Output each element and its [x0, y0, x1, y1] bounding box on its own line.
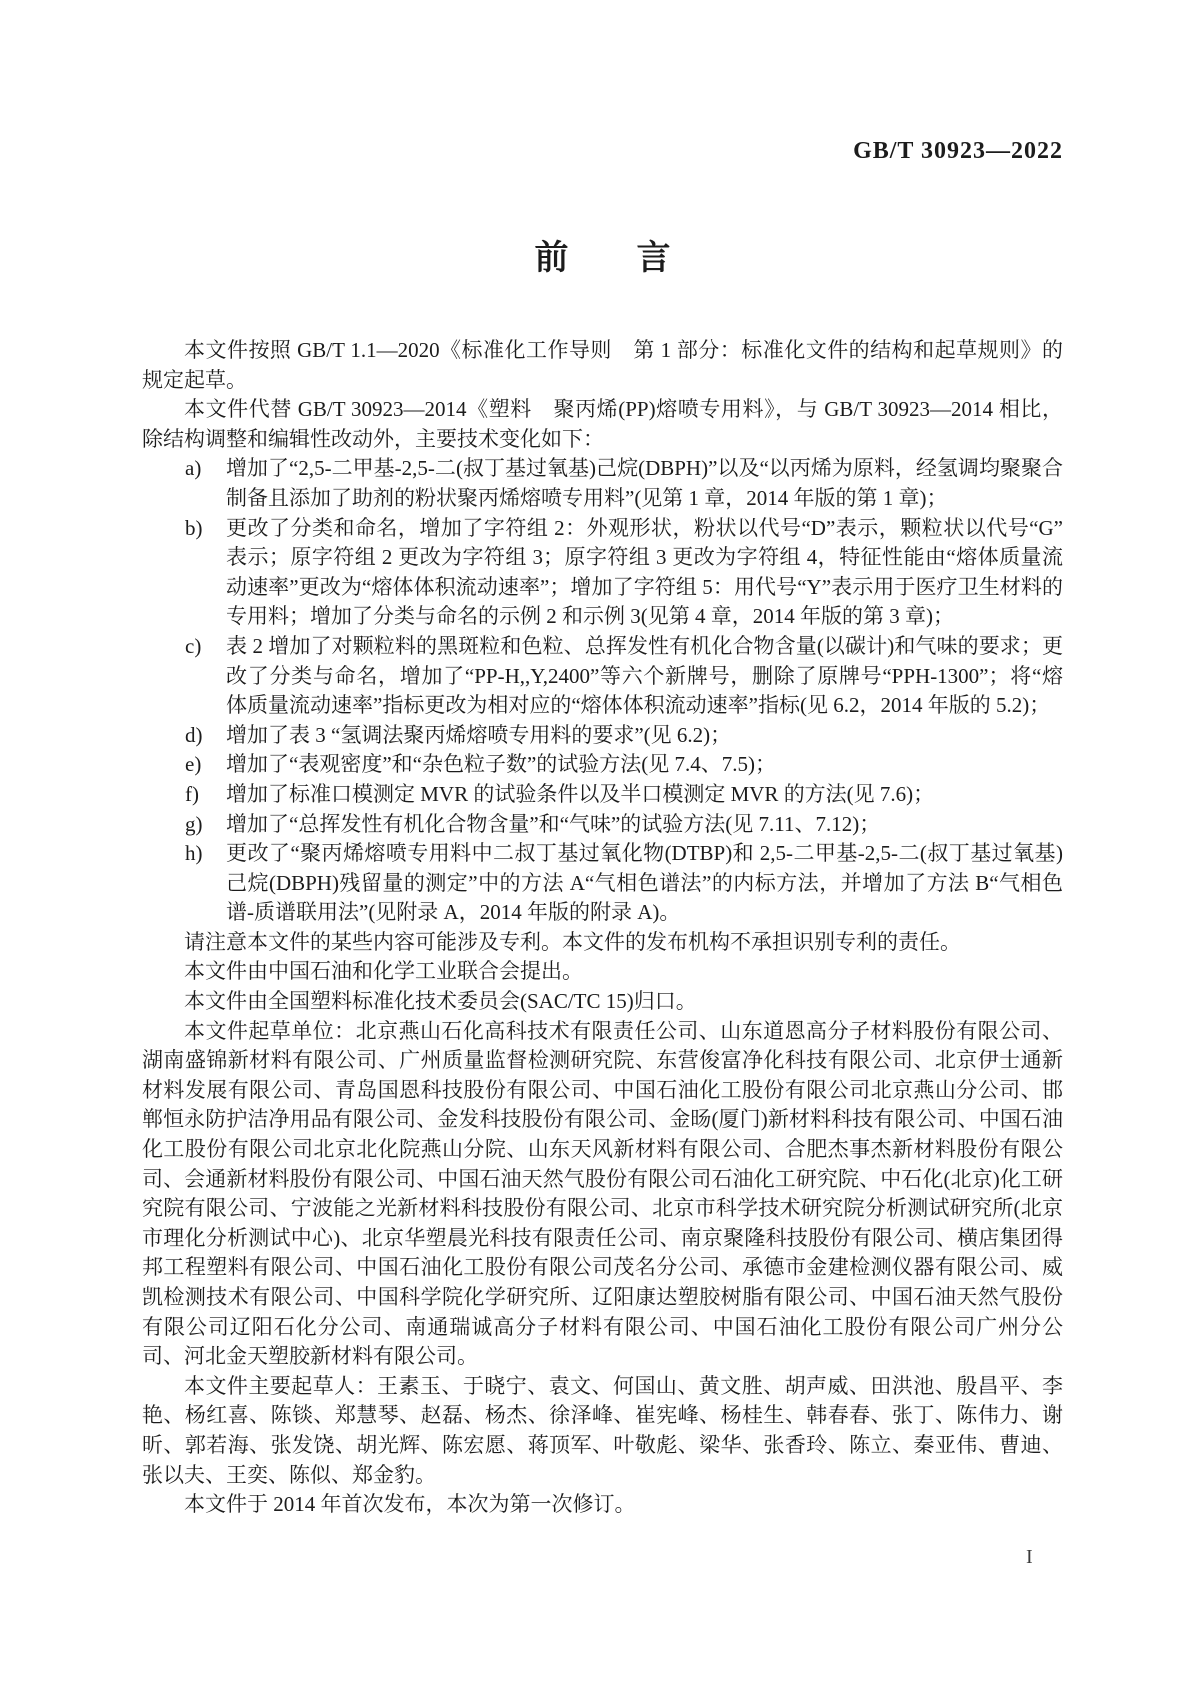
change-item-a-marker: a)	[185, 454, 226, 513]
foreword-title: 前 言	[142, 240, 1063, 276]
paragraph-centralized-by: 本文件由全国塑料标准化技术委员会(SAC/TC 15)归口。	[142, 987, 1063, 1017]
change-item-d-text: 增加了表 3 “氢调法聚丙烯熔喷专用料的要求”(见 6.2)；	[226, 721, 1063, 751]
change-item-h-marker: h)	[185, 839, 226, 928]
foreword-title-char-2: 言	[637, 240, 671, 276]
paragraph-drafting-basis: 本文件按照 GB/T 1.1—2020《标准化工作导则 第 1 部分：标准化文件…	[142, 336, 1063, 395]
change-item-b-text: 更改了分类和命名，增加了字符组 2：外观形状，粉状以代号“D”表示，颗粒状以代号…	[226, 514, 1063, 632]
paragraph-proposed-by: 本文件由中国石油和化学工业联合会提出。	[142, 957, 1063, 987]
change-item-g: g) 增加了“总挥发性有机化合物含量”和“气味”的试验方法(见 7.11、7.1…	[142, 810, 1063, 840]
paragraph-patent-notice: 请注意本文件的某些内容可能涉及专利。本文件的发布机构不承担识别专利的责任。	[142, 928, 1063, 958]
change-item-h-text: 更改了“聚丙烯熔喷专用料中二叔丁基过氧化物(DTBP)和 2,5-二甲基-2,5…	[226, 839, 1063, 928]
paragraph-replacement-notice: 本文件代替 GB/T 30923—2014《塑料 聚丙烯(PP)熔喷专用料》，与…	[142, 395, 1063, 454]
change-item-c-text: 表 2 增加了对颗粒料的黑斑粒和色粒、总挥发性有机化合物含量(以碳计)和气味的要…	[226, 632, 1063, 721]
change-item-c-marker: c)	[185, 632, 226, 721]
change-item-d-marker: d)	[185, 721, 226, 751]
change-item-f-text: 增加了标准口模测定 MVR 的试验条件以及半口模测定 MVR 的方法(见 7.6…	[226, 780, 1063, 810]
change-item-b-marker: b)	[185, 514, 226, 632]
change-item-a-text: 增加了“2,5-二甲基-2,5-二(叔丁基过氧基)己烷(DBPH)”以及“以丙烯…	[226, 454, 1063, 513]
change-item-a: a) 增加了“2,5-二甲基-2,5-二(叔丁基过氧基)己烷(DBPH)”以及“…	[142, 454, 1063, 513]
change-item-e-text: 增加了“表观密度”和“杂色粒子数”的试验方法(见 7.4、7.5)；	[226, 750, 1063, 780]
change-item-f-marker: f)	[185, 780, 226, 810]
document-code: GB/T 30923—2022	[853, 138, 1063, 165]
page-number: I	[1026, 1546, 1033, 1569]
standard-document-page: GB/T 30923—2022 前 言 本文件按照 GB/T 1.1—2020《…	[0, 0, 1191, 1684]
foreword-body: 本文件按照 GB/T 1.1—2020《标准化工作导则 第 1 部分：标准化文件…	[142, 336, 1063, 1520]
change-item-c: c) 表 2 增加了对颗粒料的黑斑粒和色粒、总挥发性有机化合物含量(以碳计)和气…	[142, 632, 1063, 721]
paragraph-main-drafters: 本文件主要起草人：王素玉、于晓宁、袁文、何国山、黄文胜、胡声威、田洪池、殷昌平、…	[142, 1372, 1063, 1490]
paragraph-revision-history: 本文件于 2014 年首次发布，本次为第一次修订。	[142, 1490, 1063, 1520]
foreword-title-char-1: 前	[535, 240, 569, 276]
change-item-g-text: 增加了“总挥发性有机化合物含量”和“气味”的试验方法(见 7.11、7.12)；	[226, 810, 1063, 840]
change-item-h: h) 更改了“聚丙烯熔喷专用料中二叔丁基过氧化物(DTBP)和 2,5-二甲基-…	[142, 839, 1063, 928]
paragraph-drafting-organizations: 本文件起草单位：北京燕山石化高科技术有限责任公司、山东道恩高分子材料股份有限公司…	[142, 1017, 1063, 1372]
change-item-e: e) 增加了“表观密度”和“杂色粒子数”的试验方法(见 7.4、7.5)；	[142, 750, 1063, 780]
change-item-e-marker: e)	[185, 750, 226, 780]
change-item-d: d) 增加了表 3 “氢调法聚丙烯熔喷专用料的要求”(见 6.2)；	[142, 721, 1063, 751]
change-item-g-marker: g)	[185, 810, 226, 840]
change-item-b: b) 更改了分类和命名，增加了字符组 2：外观形状，粉状以代号“D”表示，颗粒状…	[142, 514, 1063, 632]
change-item-f: f) 增加了标准口模测定 MVR 的试验条件以及半口模测定 MVR 的方法(见 …	[142, 780, 1063, 810]
